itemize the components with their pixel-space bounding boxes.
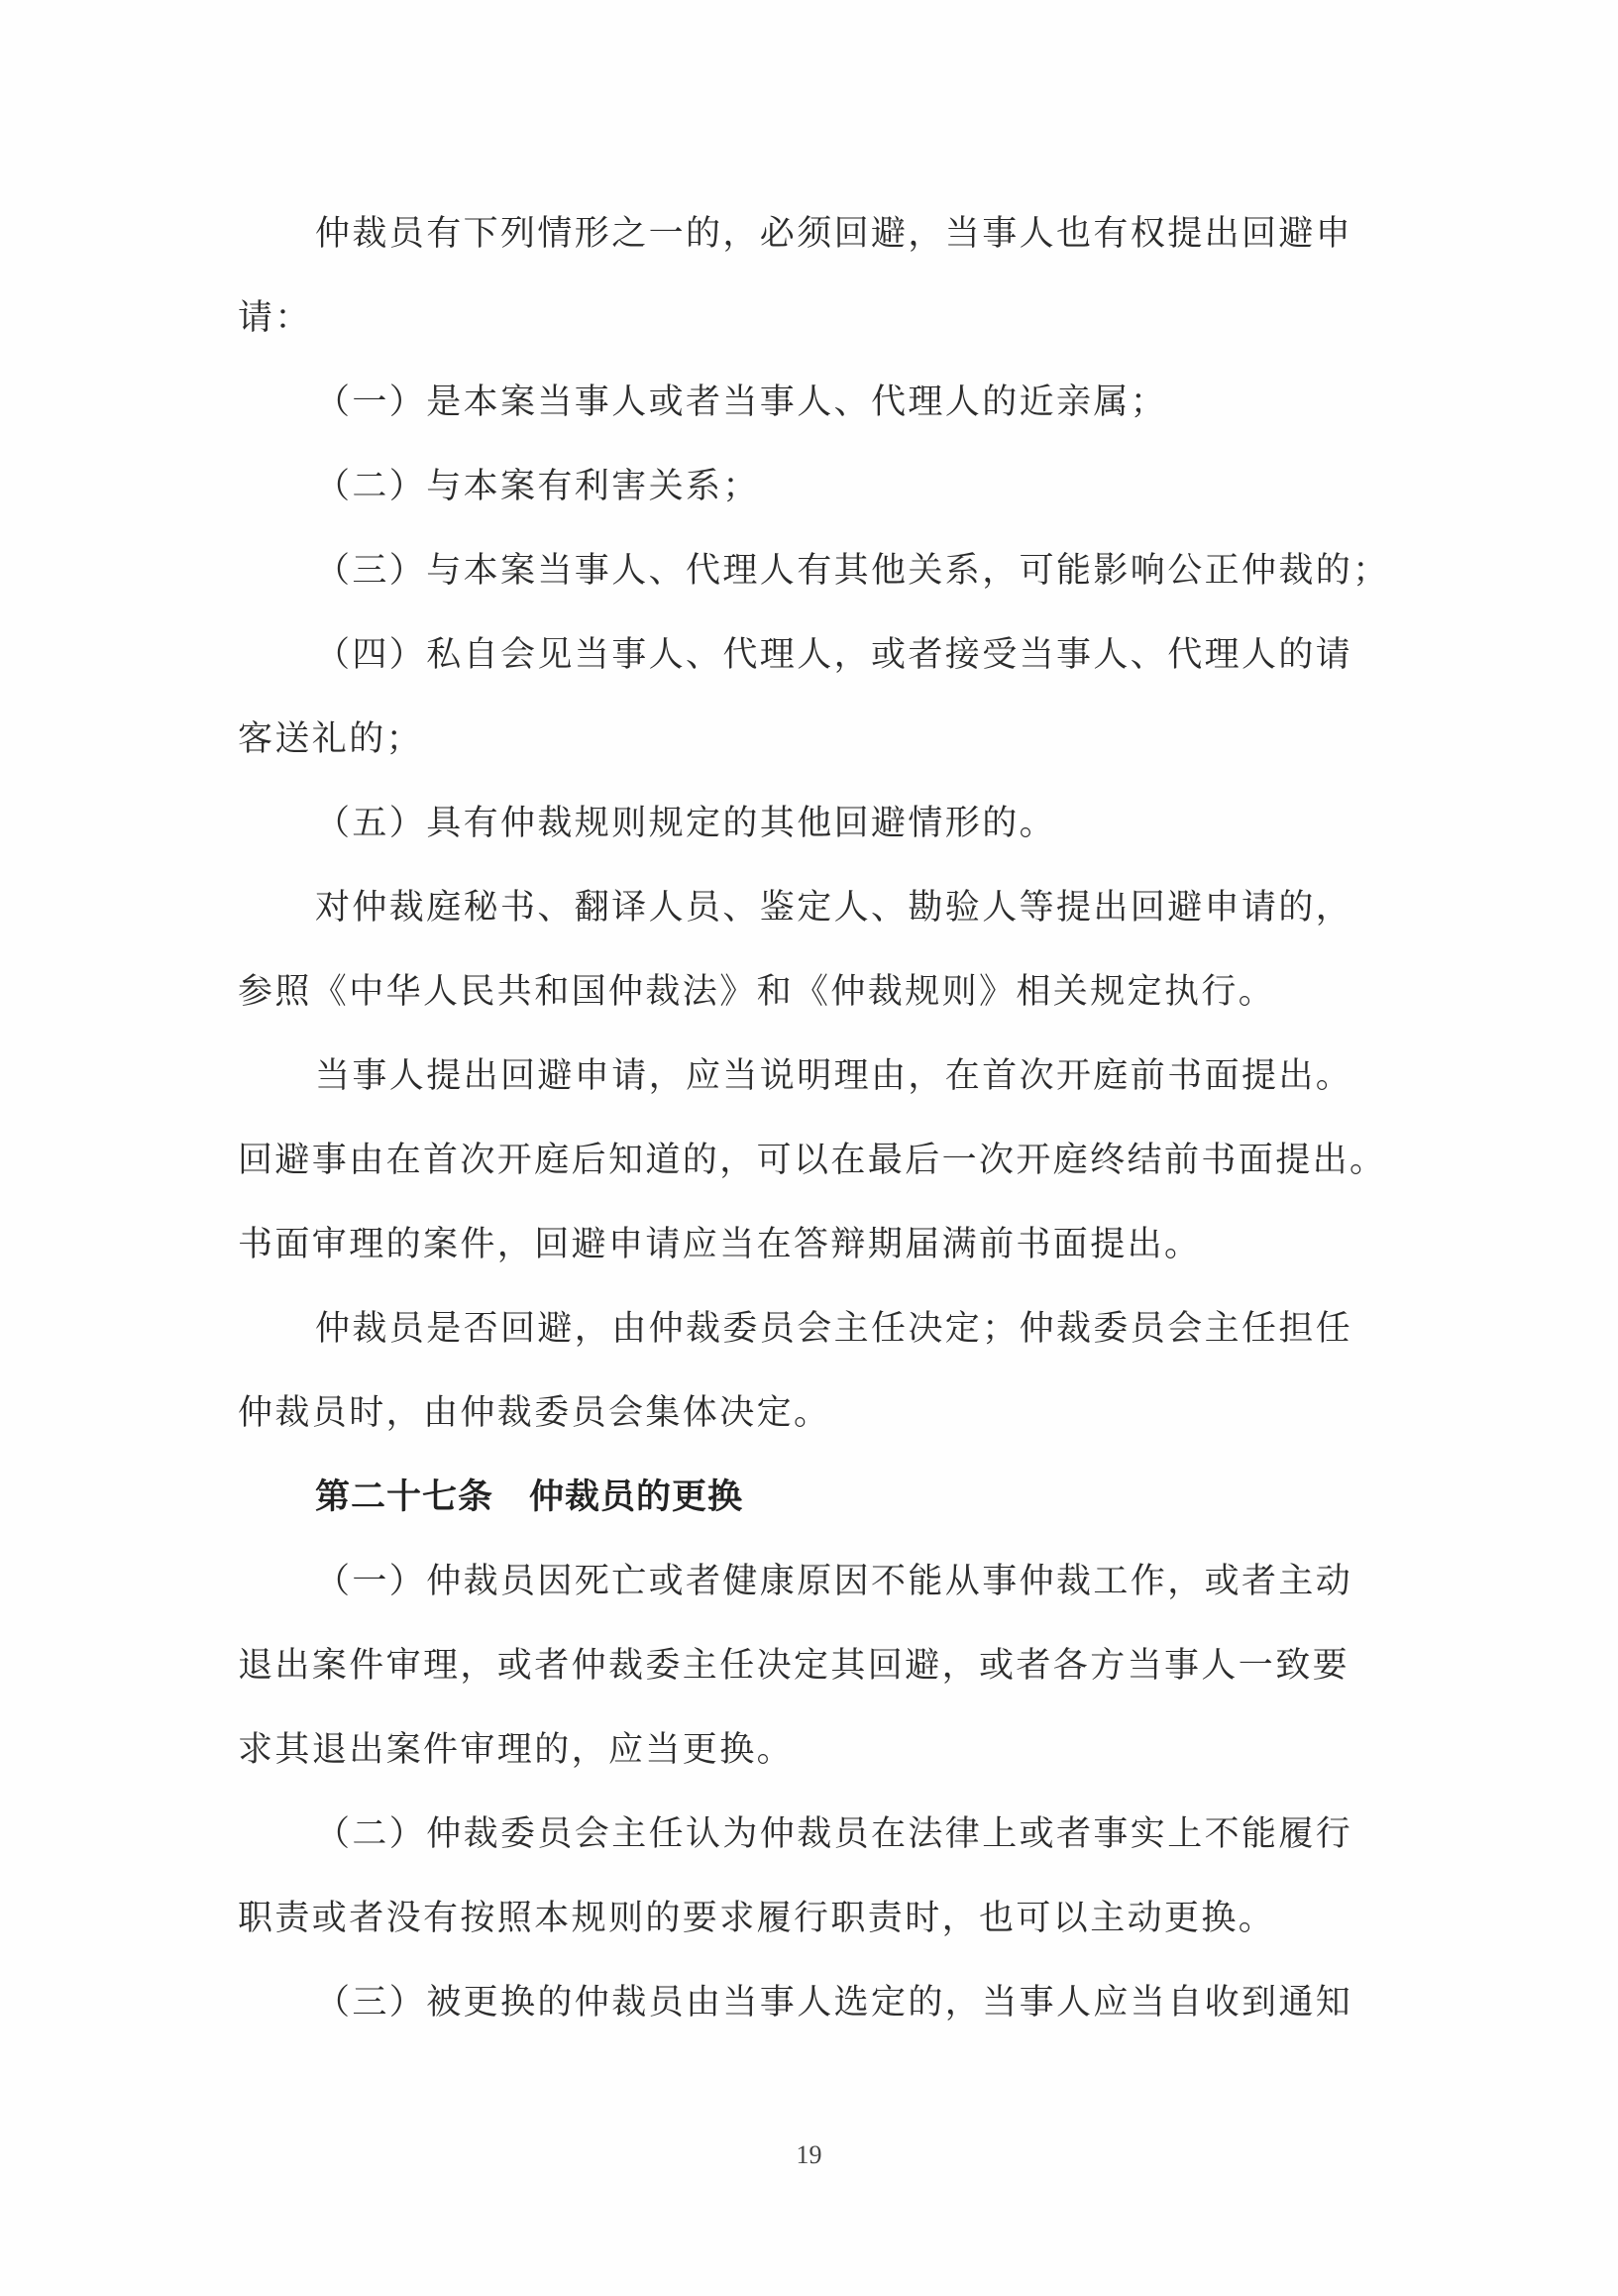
replacement-item-1-line-3: 求其退出案件审理的，应当更换。 xyxy=(238,1728,794,1772)
list-item-2: （二）与本案有利害关系； xyxy=(315,465,760,508)
list-item-1: （一）是本案当事人或者当事人、代理人的近亲属； xyxy=(315,381,1167,424)
paragraph-secretary-recusal-line-1: 对仲裁庭秘书、翻译人员、鉴定人、勘验人等提出回避申请的， xyxy=(315,886,1352,929)
paragraph-secretary-recusal-line-2: 参照《中华人民共和国仲裁法》和《仲裁规则》相关规定执行。 xyxy=(238,970,1275,1014)
replacement-item-1-line-1: （一）仲裁员因死亡或者健康原因不能从事仲裁工作，或者主动 xyxy=(315,1560,1352,1603)
paragraph-recusal-intro-line-1: 仲裁员有下列情形之一的，必须回避，当事人也有权提出回避申 xyxy=(315,212,1352,256)
replacement-item-2-line-2: 职责或者没有按照本规则的要求履行职责时，也可以主动更换。 xyxy=(238,1897,1275,1940)
page-number: 19 xyxy=(0,2140,1618,2170)
article-heading: 第二十七条 仲裁员的更换 xyxy=(315,1476,743,1519)
list-item-3: （三）与本案当事人、代理人有其他关系，可能影响公正仲裁的； xyxy=(315,549,1390,593)
paragraph-decision-line-1: 仲裁员是否回避，由仲裁委员会主任决定；仲裁委员会主任担任 xyxy=(315,1307,1352,1351)
paragraph-application-line-3: 书面审理的案件，回避申请应当在答辩期届满前书面提出。 xyxy=(238,1223,1201,1266)
paragraph-decision-line-2: 仲裁员时，由仲裁委员会集体决定。 xyxy=(238,1391,830,1435)
replacement-item-2-line-1: （二）仲裁委员会主任认为仲裁员在法律上或者事实上不能履行 xyxy=(315,1812,1352,1856)
paragraph-application-line-2: 回避事由在首次开庭后知道的，可以在最后一次开庭终结前书面提出。 xyxy=(238,1139,1386,1182)
document-page: 仲裁员有下列情形之一的，必须回避，当事人也有权提出回避申 请： （一）是本案当事… xyxy=(0,0,1618,2296)
list-item-4-line-1: （四）私自会见当事人、代理人，或者接受当事人、代理人的请 xyxy=(315,633,1352,677)
replacement-item-1-line-2: 退出案件审理，或者仲裁委主任决定其回避，或者各方当事人一致要 xyxy=(238,1644,1349,1688)
list-item-4-line-2: 客送礼的； xyxy=(238,717,423,761)
paragraph-recusal-intro-line-2: 请： xyxy=(238,296,312,340)
paragraph-application-line-1: 当事人提出回避申请，应当说明理由，在首次开庭前书面提出。 xyxy=(315,1054,1352,1098)
replacement-item-3-line-1: （三）被更换的仲裁员由当事人选定的，当事人应当自收到通知 xyxy=(315,1981,1352,2024)
list-item-5: （五）具有仲裁规则规定的其他回避情形的。 xyxy=(315,802,1056,845)
